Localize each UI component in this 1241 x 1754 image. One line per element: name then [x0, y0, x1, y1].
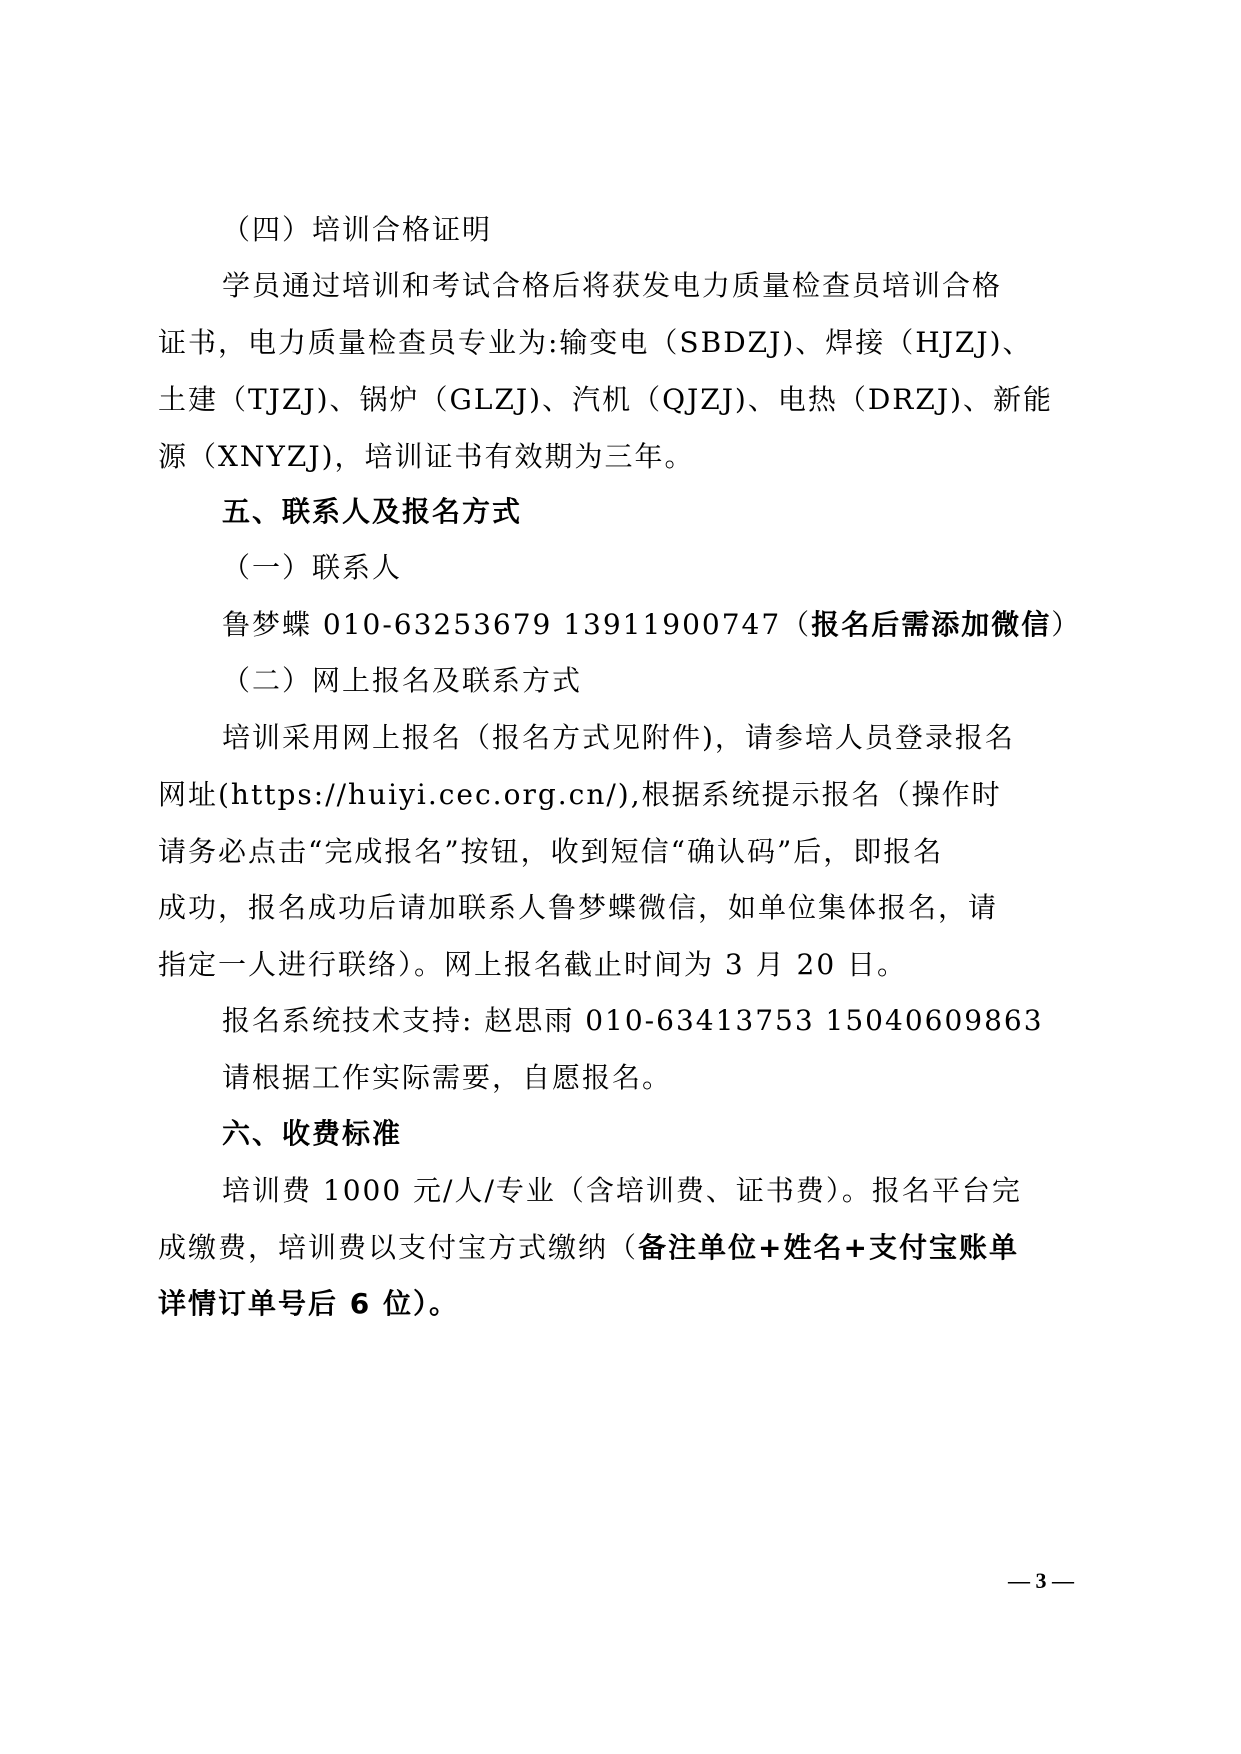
section-5-1-heading: （一）联系人: [222, 550, 402, 586]
payment-note-end: 详情订单号后 6 位）。: [158, 1286, 459, 1322]
contact-line: 鲁梦蝶 010-63253679 13911900747（报名后需添加微信）: [222, 607, 1081, 643]
paragraph-line: 培训采用网上报名（报名方式见附件)，请参培人员登录报名: [222, 720, 1015, 756]
paragraph-line: 证书，电力质量检查员专业为:输变电（SBDZJ)、焊接（HJZJ)、: [158, 325, 1033, 361]
payment-note: 备注单位+姓名+支付宝账单: [638, 1231, 1019, 1264]
paragraph-line: 请务必点击“完成报名”按钮，收到短信“确认码”后，即报名: [158, 834, 943, 870]
section-5-heading: 五、联系人及报名方式: [222, 494, 522, 530]
paragraph-line: 指定一人进行联络）。网上报名截止时间为 3 月 20 日。: [158, 947, 907, 983]
fee-line: 成缴费，培训费以支付宝方式缴纳（备注单位+姓名+支付宝账单: [158, 1230, 1019, 1266]
section-4-heading: （四）培训合格证明: [222, 212, 492, 248]
paragraph-line: 源（XNYZJ)，培训证书有效期为三年。: [158, 439, 695, 475]
wechat-note: 报名后需添加微信: [811, 608, 1051, 641]
tech-support-line: 报名系统技术支持: 赵思雨 010-63413753 15040609863: [222, 1003, 1044, 1039]
fee-line: 培训费 1000 元/人/专业（含培训费、证书费）。报名平台完: [222, 1173, 1022, 1209]
voluntary-note: 请根据工作实际需要，自愿报名。: [222, 1060, 672, 1096]
registration-url-line: 网址(https://huiyi.cec.org.cn/),根据系统提示报名（操…: [158, 777, 1002, 813]
section-5-2-heading: （二）网上报名及联系方式: [222, 663, 582, 699]
paragraph-line: 学员通过培训和考试合格后将获发电力质量检查员培训合格: [222, 268, 1002, 304]
contact-close: ）: [1051, 608, 1081, 641]
paragraph-line: 成功，报名成功后请加联系人鲁梦蝶微信，如单位集体报名，请: [158, 890, 998, 926]
contact-info: 鲁梦蝶 010-63253679 13911900747（: [222, 608, 811, 641]
paragraph-line: 土建（TJZJ)、锅炉（GLZJ)、汽机（QJZJ)、电热（DRZJ)、新能: [158, 382, 1053, 418]
fee-text: 成缴费，培训费以支付宝方式缴纳（: [158, 1231, 638, 1264]
page-number: — 3 —: [1008, 1568, 1074, 1594]
section-6-heading: 六、收费标准: [222, 1116, 402, 1152]
